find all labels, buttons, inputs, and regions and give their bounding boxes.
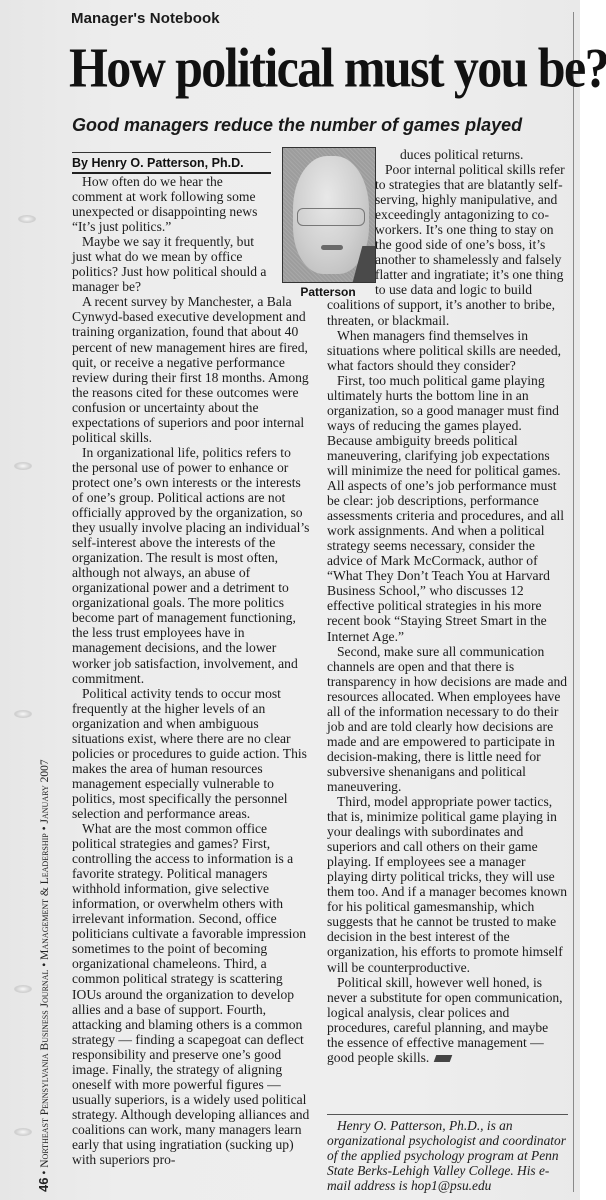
paragraph: duces political returns. [400,147,568,162]
punch-hole-mark [14,985,32,993]
article-column-right: duces political returns. Poor internal p… [327,147,568,1065]
paragraph: How often do we hear the comment at work… [72,174,272,234]
punch-hole-mark [14,710,32,718]
column-rule [573,12,574,1192]
paragraph: Political skill, however well honed, is … [327,975,568,1065]
paragraph-text: Political skill, however well honed, is … [327,975,563,1065]
paragraph: Third, model appropriate power tactics, … [327,794,568,975]
author-bio: Henry O. Patterson, Ph.D., is an organiz… [327,1118,568,1193]
paragraph: Second, make sure all communication chan… [327,644,568,794]
paragraph: Political activity tends to occur most f… [72,686,310,821]
article-column-left: How often do we hear the comment at work… [72,174,310,1167]
page-number: 46 [36,1178,51,1192]
end-mark-icon [434,1055,453,1062]
paragraph: First, too much political game playing u… [327,373,568,644]
page-folio: 46 • Northeast Pennsylvania Business Jou… [36,759,51,1192]
paragraph: When managers find themselves in situati… [327,328,568,373]
section-label: Manager's Notebook [71,10,220,27]
publication-line: • Northeast Pennsylvania Business Journa… [39,759,51,1174]
paragraph: In organizational life, politics refers … [72,445,310,686]
punch-hole-mark [14,462,32,470]
paragraph: What are the most common office politica… [72,821,310,1167]
bio-text: Henry O. Patterson, Ph.D., is an organiz… [327,1118,568,1193]
deck-subheadline: Good managers reduce the number of games… [72,115,522,136]
paragraph-text: Poor internal political skills refer to … [327,162,565,327]
paragraph: A recent survey by Manchester, a Bala Cy… [72,294,310,444]
paragraph: Maybe we say it frequently, but just wha… [72,234,272,294]
paragraph: Poor internal political skills refer to … [327,162,568,328]
punch-hole-mark [14,1128,32,1136]
punch-hole-mark [18,215,36,223]
headline: How political must you be? [69,34,606,101]
byline: By Henry O. Patterson, Ph.D. [72,152,271,174]
bio-divider [327,1114,568,1115]
